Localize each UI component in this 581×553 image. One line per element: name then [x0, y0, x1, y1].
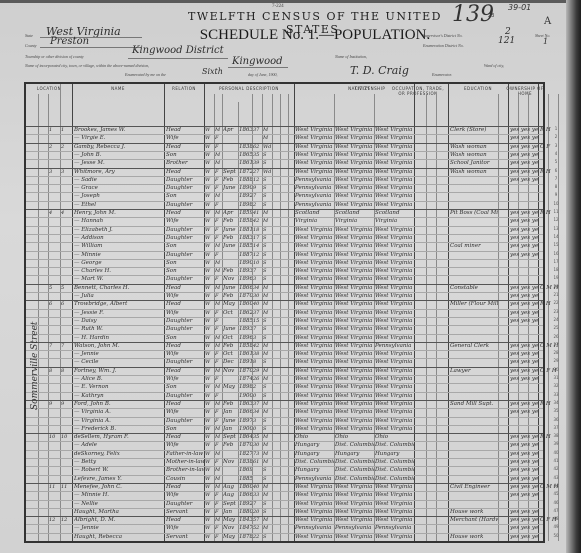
ed-value: 121	[498, 36, 515, 46]
state-label: State	[25, 33, 33, 38]
line-number: 44	[548, 483, 564, 488]
line-number: 3	[548, 143, 564, 148]
enumerator-name: T. D. Craig	[350, 64, 409, 77]
line-number: 13	[548, 226, 564, 231]
sex-cell: F	[215, 533, 222, 542]
group-ownership: OWNERSHIP OF HOME	[504, 86, 546, 96]
line-number: 2	[548, 134, 564, 139]
group-name: NAME	[72, 86, 164, 91]
line-number: 16	[548, 251, 564, 256]
race-cell: W	[205, 533, 214, 542]
line-number: 27	[548, 342, 564, 347]
enumerator-label: Enumerator.	[432, 72, 452, 77]
supervisor-label: Supervisor's District No.	[423, 33, 463, 38]
line-number: 31	[548, 375, 564, 380]
line-number: 43	[548, 475, 564, 480]
line-number: 7	[548, 176, 564, 181]
line-number: 45	[548, 491, 564, 496]
line-number: 33	[548, 392, 564, 397]
township-value: Kingwood District	[132, 45, 224, 56]
enumerated-label: Enumerated by me on the	[125, 72, 166, 77]
line-number: 30	[548, 367, 564, 372]
line-number: 1	[548, 126, 564, 131]
ward-label: Ward of city,	[484, 63, 504, 68]
marital-status-cell: S	[263, 533, 272, 542]
schedule-title: SCHEDULE No. 1.—POPULATION.	[195, 27, 435, 44]
census-sheet: 7-224 TWELFTH CENSUS OF THE UNITED STATE…	[0, 0, 566, 553]
ed-label: Enumeration District No.	[423, 43, 464, 48]
line-number: 8	[548, 184, 564, 189]
line-number: 50	[548, 533, 564, 538]
county-value: Preston	[50, 36, 89, 47]
line-number: 17	[548, 259, 564, 264]
line-number: 48	[548, 516, 564, 521]
line-number: 35	[548, 408, 564, 413]
line-number: 20	[548, 284, 564, 289]
age-cell: 22	[253, 533, 262, 542]
line-number: 15	[548, 242, 564, 247]
line-number: 14	[548, 234, 564, 239]
street-name: Sommerville Street	[30, 290, 44, 410]
line-number: 39	[548, 441, 564, 446]
line-number: 11	[548, 209, 564, 214]
line-number: 25	[548, 325, 564, 330]
line-number: 41	[548, 458, 564, 463]
line-number: 4	[548, 151, 564, 156]
line-number: 28	[548, 350, 564, 355]
group-relation: RELATION	[164, 86, 204, 91]
line-number: 26	[548, 334, 564, 339]
group-occupation: OCCUPATION, TRADE, OR PROFESSION	[388, 86, 448, 96]
group-personal: PERSONAL DESCRIPTION	[204, 86, 294, 91]
sheet-stamp-top: 39-01	[508, 3, 531, 12]
line-number: 19	[548, 275, 564, 280]
township-label: Township or other division of county	[25, 54, 84, 59]
birthplace-cell: West Virginia	[295, 533, 334, 542]
county-rule	[40, 47, 142, 48]
line-number: 37	[548, 425, 564, 430]
enumerated-day: Sixth	[202, 67, 223, 76]
father-birthplace-cell: West Virginia	[335, 533, 374, 542]
group-education: EDUCATION	[454, 86, 502, 91]
line-number: 22	[548, 300, 564, 305]
mother-birthplace-cell: West Virginia	[375, 533, 414, 542]
sheet-value: 1	[543, 37, 548, 46]
sheet-stamp-small: 23	[488, 13, 494, 19]
city-label: Name of incorporated city, town, or vill…	[25, 63, 149, 68]
relation-cell: Servant	[166, 533, 204, 542]
line-number: 9	[548, 192, 564, 197]
line-number: 24	[548, 317, 564, 322]
form-number: 7-224	[272, 4, 284, 9]
occupation-cell: House work	[450, 533, 498, 542]
birth-year-cell: 1878	[239, 533, 252, 542]
table-header: LOCATION NAME RELATION PERSONAL DESCRIPT…	[26, 84, 543, 127]
line-number: 38	[548, 433, 564, 438]
birth-month-cell: May	[223, 533, 238, 542]
line-number: 29	[548, 358, 564, 363]
line-number: 32	[548, 383, 564, 388]
population-table: LOCATION NAME RELATION PERSONAL DESCRIPT…	[24, 82, 545, 543]
table-row: Haught, RebeccaServantWFMay187822SWest V…	[26, 533, 543, 542]
group-location: LOCATION	[26, 86, 72, 91]
line-number: 40	[548, 450, 564, 455]
line-number: 10	[548, 201, 564, 206]
city-value: Kingwood	[232, 56, 283, 67]
line-number: 6	[548, 168, 564, 173]
institution-label: Name of Institution,	[335, 54, 367, 59]
enumerated-suffix: day of June, 1900,	[248, 72, 277, 77]
line-number: 5	[548, 159, 564, 164]
line-number: 47	[548, 508, 564, 513]
line-number: 49	[548, 524, 564, 529]
line-number: 23	[548, 309, 564, 314]
sheet-letter: A	[544, 16, 551, 27]
line-number: 34	[548, 400, 564, 405]
line-number: 18	[548, 267, 564, 272]
group-citizenship: CITIZENSHIP	[352, 86, 388, 91]
county-label: County	[25, 43, 37, 48]
scan-right-edge	[566, 0, 581, 553]
township-rule	[128, 58, 228, 59]
education-cell: yes yes yes	[510, 533, 538, 542]
line-number: 46	[548, 500, 564, 505]
city-rule	[228, 67, 288, 68]
person-name-cell: Haught, Rebecca	[74, 533, 164, 542]
line-number: 36	[548, 417, 564, 422]
line-number: 42	[548, 466, 564, 471]
line-number: 12	[548, 217, 564, 222]
line-number: 21	[548, 292, 564, 297]
